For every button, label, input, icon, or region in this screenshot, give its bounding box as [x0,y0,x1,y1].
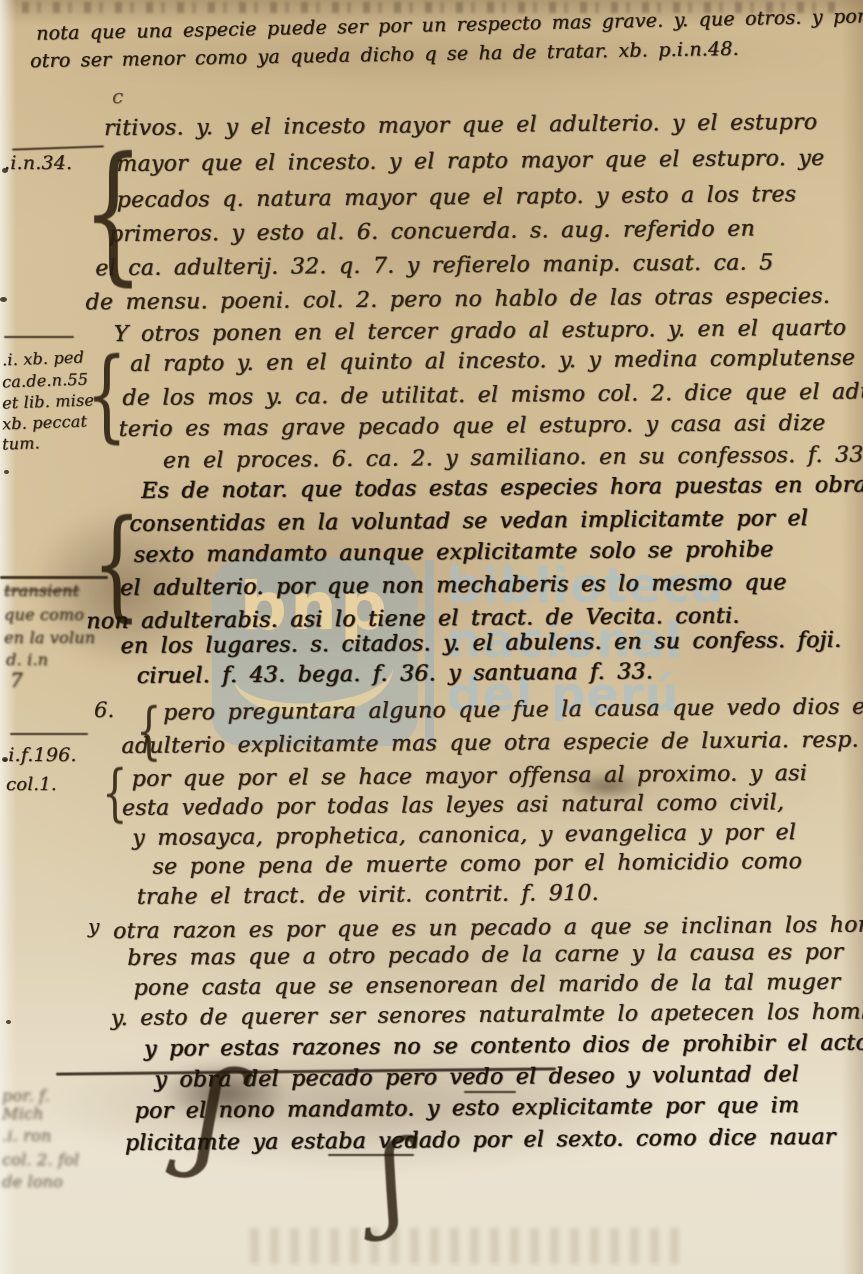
manuscript-line: en el proces. 6. ca. 2. y samiliano. en … [163,442,863,473]
manuscript-line: por el nono mandamto. y esto explicitamt… [135,1093,800,1124]
manuscript-line: Es de notar. que todas estas especies ho… [141,472,863,504]
manuscript-line: se pone pena de muerte como por el homic… [152,849,802,880]
ink-layer: nota que una especie puede ser por un re… [0,0,863,1274]
manuscript-line: otra razon es por que es un pecado a que… [113,912,863,944]
manuscript-line: esta vedado por todas las leyes asi natu… [122,790,784,821]
manuscript-line: pecados q. natura mayor que el rapto. y … [117,182,797,213]
manuscript-line: y. esto de querer ser senores naturalmte… [111,999,863,1031]
manuscript-line: mayor que el incesto. y el rapto mayor q… [116,146,824,177]
manuscript-line: plicitamte ya estaba vedado por el sexto… [125,1125,836,1156]
manuscript-line: y mosayca, prophetica, canonica, y evang… [132,820,796,851]
manuscript-line: el ca. adulterij. 32. q. 7. y refierelo … [95,250,773,281]
manuscript-page: bnp biblioteca nacional del perú nota qu… [0,0,863,1274]
manuscript-line: ritivos. y. y el incesto mayor que el ad… [104,110,818,141]
manuscript-line: sexto mandamto aunque explicitamte solo … [134,537,774,568]
manuscript-line: el adulterio. por que non mechaberis es … [120,570,787,601]
manuscript-line: terio es mas grave pecado que el estupro… [119,411,826,442]
manuscript-line: adulterio explicitamte mas que otra espe… [121,728,859,759]
manuscript-line: consentidas en la voluntad se vedan impl… [129,506,808,537]
manuscript-line: Y otros ponen en el tercer grado al estu… [114,316,847,347]
manuscript-line: y por estas razones no se contento dios … [144,1030,863,1061]
manuscript-line: de los mos y. ca. de utilitat. el mismo … [122,379,863,411]
manuscript-line: de mensu. poeni. col. 2. pero no hablo d… [85,284,830,315]
manuscript-line: y obra del pecado pero vedo el deseo y v… [154,1062,799,1093]
manuscript-line: ciruel. f. 43. bega. f. 36. y santuana f… [137,659,653,689]
manuscript-line: bres mas que a otro pecado de la carne y… [127,940,843,971]
manuscript-line: primeros. y esto al. 6. concuerda. s. au… [109,216,755,247]
manuscript-line: trahe el tract. de virit. contrit. f. 91… [137,881,599,910]
manuscript-body: ritivos. y. y el incesto mayor que el ad… [0,0,863,1274]
manuscript-line: por que por el se hace mayor offensa al … [132,761,808,792]
manuscript-line: al rapto y. en el quinto al incesto. y. … [130,346,855,377]
manuscript-line: pone casta que se ensenorean del marido … [133,970,840,1001]
manuscript-line: en los lugares. s. citados. y. el abulen… [120,628,841,659]
manuscript-line: pero preguntara alguno que fue la causa … [163,694,863,725]
